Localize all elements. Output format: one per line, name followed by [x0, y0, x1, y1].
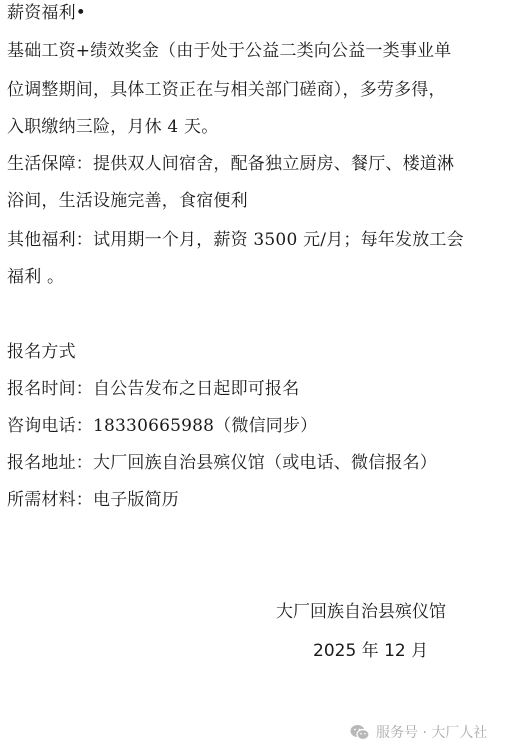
watermark: 服务号 · 大厂人社: [350, 722, 487, 742]
required-materials: 所需材料：电子版简历: [7, 490, 179, 510]
section-heading-salary: 薪资福利•: [7, 3, 86, 23]
paragraph-line: 位调整期间，具体工资正在与相关部门磋商），多劳多得，: [7, 80, 446, 100]
wechat-icon: [350, 724, 370, 741]
paragraph-line: 入职缴纳三险，月休 4 天。: [7, 117, 218, 137]
application-address: 报名地址：大厂回族自治县殡仪馆（或电话、微信报名）: [7, 453, 437, 473]
paragraph-line: 浴间，生活设施完善，食宿便利: [7, 191, 248, 211]
section-heading-application: 报名方式: [7, 342, 76, 362]
watermark-text: 服务号 · 大厂人社: [376, 722, 487, 742]
application-time: 报名时间：自公告发布之日起即可报名: [7, 379, 299, 399]
contact-phone: 咨询电话：18330665988（微信同步）: [7, 416, 317, 436]
paragraph-line: 基础工资+绩效奖金（由于处于公益二类向公益一类事业单: [7, 41, 451, 61]
signature-date: 2025 年 12 月: [313, 641, 428, 661]
paragraph-line: 生活保障：提供双人间宿舍，配备独立厨房、餐厅、楼道淋: [7, 154, 454, 174]
paragraph-line: 福利 。: [7, 267, 64, 287]
signature-org: 大厂回族自治县殡仪馆: [276, 602, 446, 622]
paragraph-line: 其他福利：试用期一个月，薪资 3500 元/月；每年发放工会: [7, 230, 464, 250]
